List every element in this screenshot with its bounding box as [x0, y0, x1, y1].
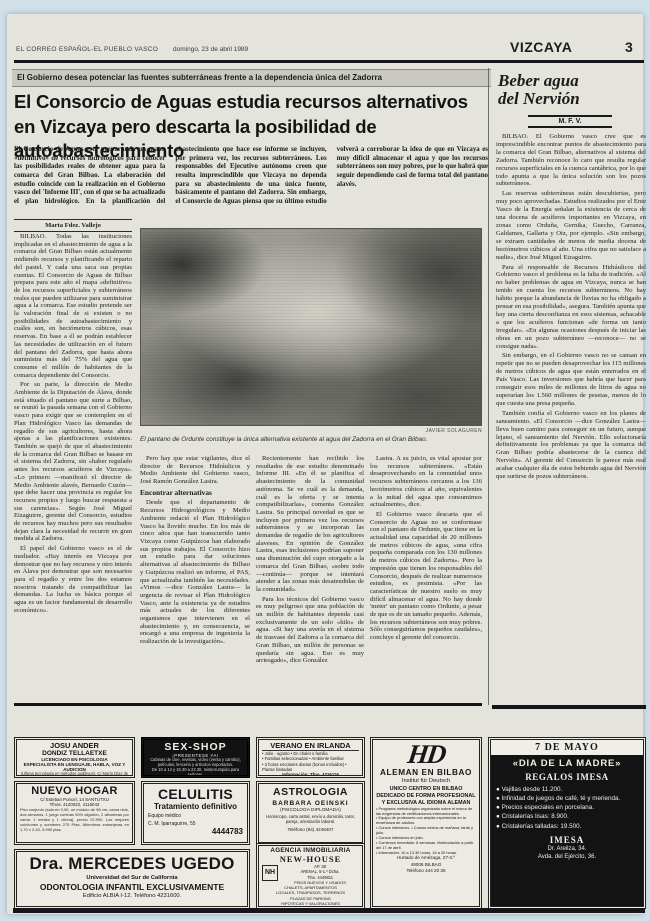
ad-subtitle: Tratamiento definitivo [148, 802, 243, 811]
ad-title: NEW-HOUSE [261, 854, 360, 864]
sidebar-byline: M. F. V. [528, 115, 612, 128]
ad-bullet-text: Vajillas desde 11.200. [502, 786, 563, 793]
ad-address: Hurtado de Amézaga, 27-3.º 48008 BILBAO … [376, 855, 476, 874]
ad-title: CELULITIS [148, 786, 243, 802]
ad-bullet: ● Vajillas desde 11.200. [496, 785, 638, 794]
ad-title: ASTROLOGIA [262, 786, 359, 798]
ad-bullet-text: Información: 10 a 13.30 horas, 16 a 20 h… [378, 850, 457, 855]
sidebar-separator [488, 68, 489, 705]
byline: Marta Fdez. Vallejo [14, 219, 132, 232]
lead-paragraph: El Consorcio de Aguas está preparando un… [14, 146, 488, 218]
ad-bullet: ● Infinidad de juegos de café, té y meri… [496, 794, 638, 803]
page-bottom-rule [13, 908, 645, 913]
ad-title: VERANO EN IRLANDA [262, 741, 359, 751]
ad-bullet-text: Plazas limitadas [262, 767, 292, 772]
ad-address-line: 48008 BILBAO [411, 862, 442, 867]
article-paragraph: Recientemente han recibido los resultado… [256, 455, 364, 594]
ad-subtitle: Institut für Deutsch [376, 778, 476, 784]
ad-bullet-text: 3 horas escolares diarias (bonos incluid… [265, 762, 344, 767]
sidebar-body: BILBAO. El Gobierno vasco cree que es im… [496, 133, 646, 701]
ad-line: Universidad del Sur de California [21, 875, 243, 881]
ad-line: Equipo médico [148, 813, 243, 819]
sidebar-paragraph: También confía el Gobierno vasco en los … [496, 410, 646, 481]
nh-logo: NH [262, 865, 278, 881]
ad-phone: Teléfono (94) 4246407 [262, 827, 359, 832]
sidebar-paragraph: Las reservas subterráneas están descubie… [496, 190, 646, 261]
reservoir-photo [140, 228, 482, 426]
ad-line: De 10 a 14 y 16.30 a 22.30. Ininterrumpi… [146, 768, 245, 778]
ad-bullet-text: Cristalerías talladas: 19.500. [502, 823, 582, 830]
sidebar-paragraph: Para el responsable de Recursos Hidráuli… [496, 264, 646, 351]
ad-address-line: Hurtado de Amézaga, 27-3.º [397, 855, 455, 860]
article-paragraph: BILBAO. Todas las instituciones implicad… [14, 233, 132, 379]
ad-subtitle: REGALOS IMESA [496, 772, 638, 782]
article-bottom-rule [14, 703, 482, 706]
ad-header: AGENCIA INMOBILIARIA [261, 847, 360, 854]
ad-new-house: AGENCIA INMOBILIARIA NEW-HOUSE NH AP. 38… [256, 843, 365, 909]
ad-bullet-text: Ambiente familiar [312, 756, 344, 761]
sidebar-title-line1: Beber agua [498, 71, 579, 90]
masthead-rule [14, 60, 644, 63]
ad-bullet-text: Familias seleccionadas [265, 756, 308, 761]
ad-bullet-text: Infinidad de juegos de café, té y merien… [502, 795, 621, 802]
ad-title: «DIA DE LA MADRE» [496, 758, 638, 769]
ad-dra-mercedes-ugedo: Dra. MERCEDES UGEDO Universidad del Sur … [14, 849, 250, 909]
ad-bullet-text: Julio - agosto [265, 751, 290, 756]
ad-title: Dra. MERCEDES UGEDO [21, 854, 243, 874]
article-column-3: Recientemente han recibido los resultado… [256, 455, 364, 702]
ad-address-line: Avda. del Ejército, 36. [538, 854, 596, 860]
ad-aleman-en-bilbao: HD ALEMAN EN BILBAO Institut für Deutsch… [370, 737, 482, 909]
ad-address-line: Dr. Areilza, 34. [547, 846, 586, 852]
sidebar-title: Beber aguadel Nervión [498, 72, 644, 108]
ad-bullet-text: Comienzo inmediato: 8 semanas. Matricula… [376, 840, 473, 850]
hd-logo: HD [374, 742, 478, 768]
ad-claim: UNICO CENTRO EN BILBAO DEDICADO DE FORMA… [376, 786, 476, 807]
kicker-strip: El Gobierno desea potenciar las fuentes … [12, 69, 491, 87]
ad-smallprint: Piso conjunto (sala en 0,90, un módulo d… [20, 807, 129, 832]
ad-celulitis: CELULITIS Tratamiento definitivo Equipo … [141, 781, 250, 845]
ad-smallprint: (Ultima tecnología en métodos auditivos)… [19, 772, 130, 778]
ad-bullet-text: Programa metodológico organizado sobre e… [376, 806, 472, 816]
article-subhead: Encontrar alternativas [140, 489, 250, 498]
article-paragraph: El papel del Gobierno vasco es el de med… [14, 545, 132, 614]
article-paragraph: Pero hay que estar vigilantes, dice el d… [140, 455, 250, 486]
photo-caption: El pantano de Ordunte constituye la únic… [140, 436, 482, 443]
ad-smallprint: Horóscopo, carta astral, envío a domicil… [262, 814, 359, 825]
article-column-1: BILBAO. Todas las instituciones implicad… [14, 233, 132, 701]
ad-nuevo-hogar: NUEVO HOGAR C/ Esteban Poncel, 14 SANTUT… [14, 781, 135, 845]
ad-imesa-dia-de-la-madre: 7 DE MAYO «DIA DE LA MADRE» REGALOS IMES… [488, 737, 646, 909]
ad-title: NUEVO HOGAR [20, 785, 129, 797]
sidebar-title-line2: del Nervión [498, 89, 580, 108]
ad-credential: (PSICOLOGA DIPLOMADA) [262, 808, 359, 813]
article-column-2: Pero hay que estar vigilantes, dice el d… [140, 455, 250, 702]
ad-phone: Información: Tfno. 4316116 [262, 772, 359, 777]
issue-date: domingo, 23 de abril 1989 [173, 46, 248, 53]
ad-verano-irlanda: VERANO EN IRLANDA • Julio - agosto • En … [256, 737, 365, 778]
ad-josu-ander: JOSU ANDER DONDIZ TELLAETXE LICENCIADO E… [14, 737, 135, 778]
section-title: VIZCAYA [510, 39, 572, 55]
sidebar-paragraph: Sin embargo, en el Gobierno vasco no se … [496, 352, 646, 407]
ad-sex-shop: SEX-SHOP ¡PRESENTESE YA! Cabinas de cine… [141, 737, 250, 778]
article-column-4: Lastra. A su juicio, es vital apostar po… [370, 455, 482, 702]
ad-bullet-text: En chalet o familia [293, 751, 327, 756]
ad-title: SEX-SHOP [146, 741, 245, 753]
ad-title: DONDIZ TELLAETXE [19, 750, 130, 757]
ad-bullet-text: Equipo de profesores con amplia experien… [376, 815, 466, 825]
ad-address: Edificio ALBIA I-12. Teléfono 4231600. [21, 893, 243, 899]
ad-black-panel: «DIA DE LA MADRE» REGALOS IMESA ● Vajill… [491, 755, 643, 909]
article-paragraph: El Gobierno vasco descarta que el Consor… [370, 511, 482, 642]
ad-date: 7 DE MAYO [491, 740, 643, 755]
sidebar-bottom-rule [492, 705, 646, 709]
ad-brand: IMESA [496, 835, 638, 845]
article-paragraph: Desde que el departamento de Recursos Hi… [140, 499, 250, 645]
ad-bullet: ● Cristalerías talladas: 19.500. [496, 822, 638, 831]
ad-bullet: • 3 horas escolares diarias (bonos inclu… [262, 762, 359, 773]
article-paragraph: Lastra. A su juicio, es vital apostar po… [370, 455, 482, 509]
kicker-text: El Gobierno desea potenciar las fuentes … [17, 73, 382, 82]
ad-bullet: ● Cristalerías lisas: 8.900. [496, 812, 638, 821]
article-paragraph: Por su parte, la dirección de Medio Ambi… [14, 381, 132, 543]
ad-bullet: ● Precios especiales en porcelana. [496, 803, 638, 812]
ad-address: Dr. Areilza, 34. Avda. del Ejército, 36. [496, 845, 638, 862]
sidebar-paragraph: BILBAO. El Gobierno vasco cree que es im… [496, 133, 646, 188]
ad-bullet-text: Cristalerías lisas: 8.900. [502, 813, 569, 820]
ad-line: ODONTOLOGIA INFANTIL EXCLUSIVAMENTE [21, 882, 243, 892]
ad-phone: 4444783 [148, 827, 243, 836]
ad-service: HIPOTECAS Y VALORACIONES [261, 901, 360, 906]
ad-title: JOSU ANDER [19, 741, 130, 750]
ad-person-name: BARBARA OEINSKI [262, 800, 359, 807]
ad-phone: Teléfono 444 20 35 [406, 868, 445, 873]
page-number: 3 [625, 39, 633, 55]
article-paragraph: Para los técnicos del Gobierno vasco es … [256, 596, 364, 665]
photo-credit: JAVIER SOLAGUREN [140, 428, 482, 434]
ad-astrologia: ASTROLOGIA BARBARA OEINSKI (PSICOLOGA DI… [256, 781, 365, 845]
ad-bullet-text: Precios especiales en porcelana. [502, 804, 594, 811]
paper-name: EL CORREO ESPAÑOL-EL PUEBLO VASCO [16, 46, 158, 53]
newspaper-page: EL CORREO ESPAÑOL-EL PUEBLO VASCO doming… [0, 0, 650, 921]
